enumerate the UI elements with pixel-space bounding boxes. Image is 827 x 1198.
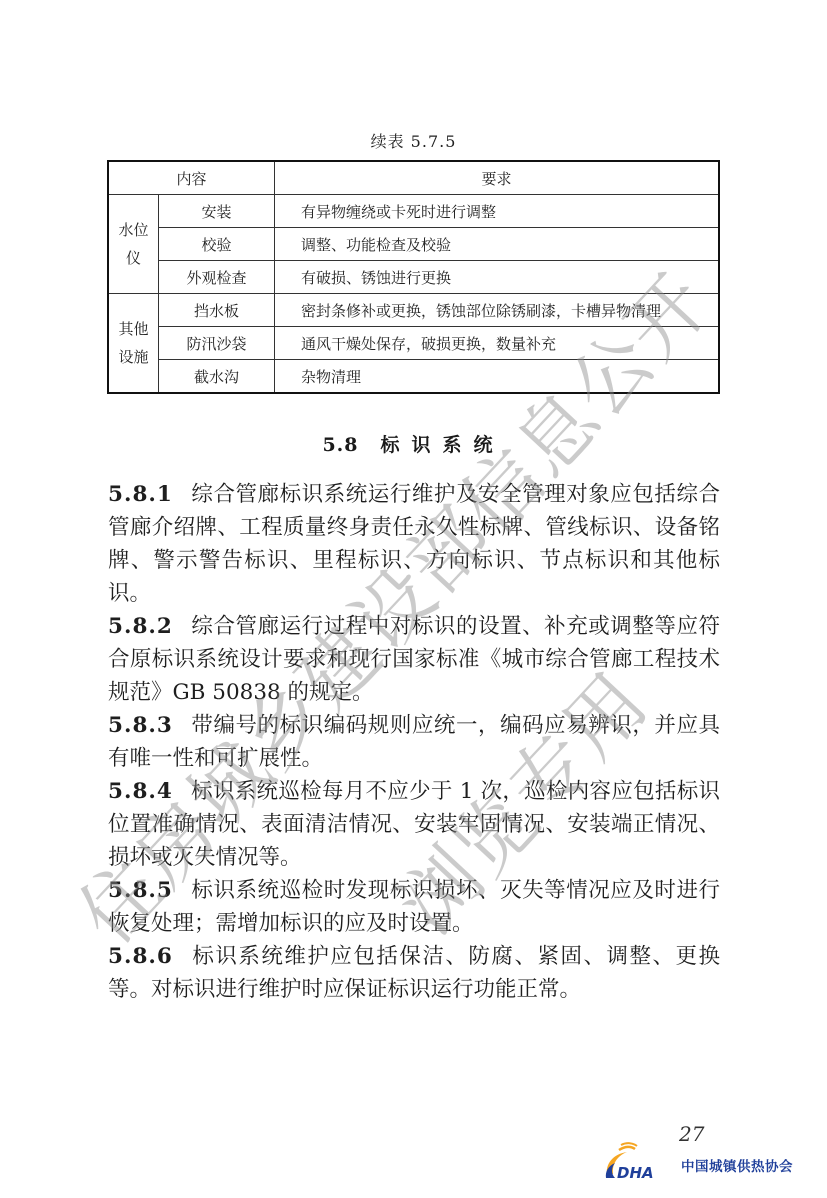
- section-heading: 5.8标识系统: [0, 430, 827, 457]
- clause-number: 5.8.3: [108, 713, 173, 738]
- table-caption: 续表 5.7.5: [0, 129, 827, 152]
- clause-paragraph: 5.8.5标识系统巡检时发现标识损坏、灭失等情况应及时进行恢复处理；需增加标识的…: [108, 874, 720, 940]
- table-row: 防汛沙袋 通风干燥处保存，破损更换，数量补充: [108, 327, 719, 360]
- clause-paragraph: 5.8.1综合管廊标识系统运行维护及安全管理对象应包括综合管廊介绍牌、工程质量终…: [108, 478, 720, 610]
- clauses-body: 5.8.1综合管廊标识系统运行维护及安全管理对象应包括综合管廊介绍牌、工程质量终…: [108, 478, 720, 1006]
- section-title: 标识系统: [381, 434, 505, 456]
- item-cell: 外观检查: [159, 261, 275, 294]
- requirement-cell: 通风干燥处保存，破损更换，数量补充: [275, 327, 720, 360]
- requirement-cell: 有破损、锈蚀进行更换: [275, 261, 720, 294]
- clause-number: 5.8.1: [108, 482, 173, 507]
- requirement-cell: 密封条修补或更换，锈蚀部位除锈刷漆，卡槽异物清理: [275, 294, 720, 327]
- cdha-logo: DHA 中国城镇供热协会: [603, 1142, 793, 1182]
- clause-text: 带编号的标识编码规则应统一，编码应易辨识，并应具有唯一性和可扩展性。: [108, 713, 720, 771]
- clause-text: 标识系统维护应包括保洁、防腐、紧固、调整、更换等。对标识进行维护时应保证标识运行…: [108, 944, 720, 1002]
- group-cell-other-facilities: 其他 设施: [108, 294, 159, 394]
- requirement-cell: 调整、功能检查及校验: [275, 228, 720, 261]
- clause-paragraph: 5.8.4标识系统巡检每月不应少于 1 次，巡检内容应包括标识位置准确情况、表面…: [108, 775, 720, 874]
- clause-text: 综合管廊运行过程中对标识的设置、补充或调整等应符合原标识系统设计要求和现行国家标…: [108, 614, 720, 705]
- group-label-line: 仪: [126, 249, 141, 267]
- clause-text: 综合管廊标识系统运行维护及安全管理对象应包括综合管廊介绍牌、工程质量终身责任永久…: [108, 482, 720, 606]
- table-header-row: 内容 要求: [108, 161, 719, 195]
- clause-paragraph: 5.8.3带编号的标识编码规则应统一，编码应易辨识，并应具有唯一性和可扩展性。: [108, 709, 720, 775]
- table-row: 水位 仪 安装 有异物缠绕或卡死时进行调整: [108, 195, 719, 228]
- header-content: 内容: [108, 161, 275, 195]
- group-label-line: 设施: [118, 348, 148, 366]
- clause-text: 标识系统巡检每月不应少于 1 次，巡检内容应包括标识位置准确情况、表面清洁情况、…: [108, 779, 720, 870]
- table-row: 校验 调整、功能检查及校验: [108, 228, 719, 261]
- item-cell: 截水沟: [159, 360, 275, 394]
- clause-number: 5.8.4: [108, 779, 173, 804]
- group-label-line: 其他: [118, 320, 148, 338]
- group-label-line: 水位: [118, 221, 148, 239]
- item-cell: 防汛沙袋: [159, 327, 275, 360]
- requirement-cell: 杂物清理: [275, 360, 720, 394]
- item-cell: 校验: [159, 228, 275, 261]
- cdha-emblem-icon: DHA: [603, 1142, 675, 1182]
- logo-text: 中国城镇供热协会: [681, 1155, 793, 1175]
- clause-text: 标识系统巡检时发现标识损坏、灭失等情况应及时进行恢复处理；需增加标识的应及时设置…: [108, 878, 720, 936]
- table-row: 截水沟 杂物清理: [108, 360, 719, 394]
- section-number: 5.8: [322, 434, 358, 456]
- clause-paragraph: 5.8.2综合管廊运行过程中对标识的设置、补充或调整等应符合原标识系统设计要求和…: [108, 610, 720, 709]
- header-requirement: 要求: [275, 161, 720, 195]
- item-cell: 安装: [159, 195, 275, 228]
- clause-paragraph: 5.8.6标识系统维护应包括保洁、防腐、紧固、调整、更换等。对标识进行维护时应保…: [108, 940, 720, 1006]
- maintenance-table: 内容 要求 水位 仪 安装 有异物缠绕或卡死时进行调整 校验 调整、功能检查及校…: [107, 160, 720, 394]
- clause-number: 5.8.2: [108, 614, 173, 639]
- table-row: 其他 设施 挡水板 密封条修补或更换，锈蚀部位除锈刷漆，卡槽异物清理: [108, 294, 719, 327]
- item-cell: 挡水板: [159, 294, 275, 327]
- clause-number: 5.8.6: [108, 944, 173, 969]
- group-cell-water-level-gauge: 水位 仪: [108, 195, 159, 294]
- table-row: 外观检查 有破损、锈蚀进行更换: [108, 261, 719, 294]
- svg-text:DHA: DHA: [617, 1164, 654, 1182]
- requirement-cell: 有异物缠绕或卡死时进行调整: [275, 195, 720, 228]
- clause-number: 5.8.5: [108, 878, 173, 903]
